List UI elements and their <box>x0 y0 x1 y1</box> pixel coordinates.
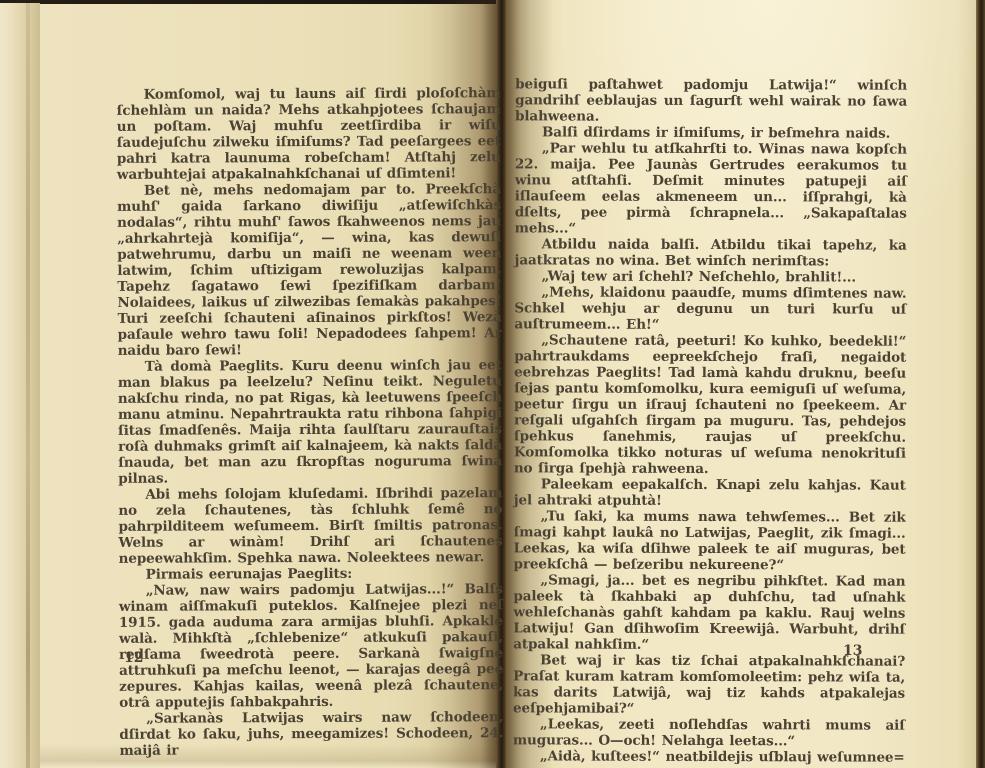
paragraph: „Smagi, ja... bet es negribu pihkſtet. K… <box>513 572 905 653</box>
paragraph: „Naw, naw wairs padomju Latwijas...!“ Ba… <box>119 581 504 711</box>
paragraph: Pirmais eerunajas Paeglits: <box>119 565 503 583</box>
right-page-number: 13 <box>843 643 862 659</box>
paragraph: beiguſi paſtahwet padomju Latwija!“ winſ… <box>515 76 907 125</box>
paragraph: „Waj tew ari ſchehl? Neſchehlo, brahlit!… <box>514 268 906 285</box>
left-page-text: Komſomol, waj tu launs aiſ ſirdi ploſoſc… <box>117 85 504 759</box>
paragraph: „Schautene ratâ, peeturi! Ko kuhko, beed… <box>514 332 907 477</box>
left-page-number: 12 <box>124 650 143 666</box>
book-right-edge <box>976 0 985 768</box>
paragraph: Bet waj ir kas tiz ſchai atpakalnahkſcha… <box>513 652 905 717</box>
paragraph: Abi mehs ſolojam kluſedami. Iſbrihdi paz… <box>118 485 502 567</box>
paragraph: Bet nè, mehs nedomajam par to. Preekſchà… <box>117 181 502 359</box>
page-stack-crease <box>26 3 30 768</box>
paragraph: Tà domà Paeglits. Kuru deenu winſch jau … <box>118 357 503 487</box>
book-photo: Komſomol, waj tu launs aiſ ſirdi ploſoſc… <box>0 0 985 768</box>
page-stack-edge-left <box>0 3 40 768</box>
paragraph: „Tu ſaki, ka mums nawa tehwſemes... Bet … <box>513 508 905 573</box>
paragraph: „Mehs, klaidonu paaudſe, mums dſimtenes … <box>514 284 906 333</box>
paragraph: „Sarkanàs Latwijas wairs naw ſchodeen, d… <box>119 709 503 759</box>
paragraph: Komſomol, waj tu launs aiſ ſirdi ploſoſc… <box>117 85 501 183</box>
paragraph: „Par wehlu tu atſkahrſti to. Winas nawa … <box>515 140 907 237</box>
paragraph: Balſi dſirdams ir iſmiſums, ir beſmehra … <box>515 124 907 141</box>
right-page-text: beiguſi paſtahwet padomju Latwija!“ winſ… <box>513 76 907 765</box>
paragraph: Atbildu naida balſi. Atbildu tikai tapeh… <box>515 236 907 269</box>
paragraph: „Aidà, kuſtees!“ neatbildejis uſblauj we… <box>513 748 905 765</box>
paragraph: „Leekas, zeeti noſlehdſas wahrti mums ai… <box>513 716 905 749</box>
paragraph: Paleekam eepakalſch. Knapi zelu kahjas. … <box>514 476 906 509</box>
